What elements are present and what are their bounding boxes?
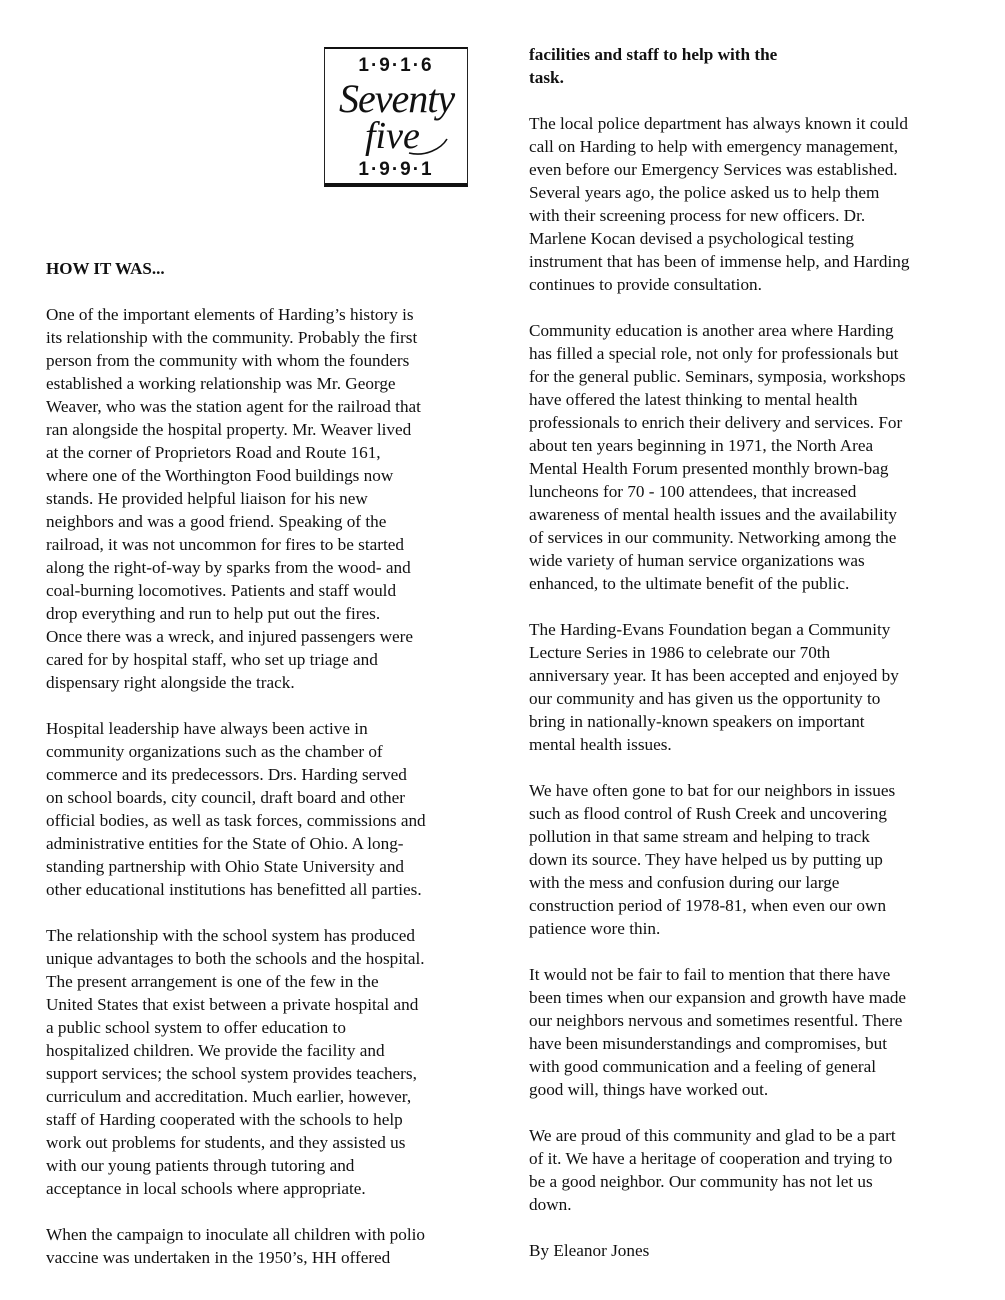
text-line: The local police department has always k… — [529, 112, 989, 135]
text-line: anniversary year. It has been accepted a… — [529, 664, 989, 687]
text-line: along the right-of-way by sparks from th… — [46, 556, 496, 579]
text-line: about ten years beginning in 1971, the N… — [529, 434, 989, 457]
anniversary-logo: 1·9·1·6 Seventy five 1·9·9·1 — [324, 47, 468, 187]
text-line: official bodies, as well as task forces,… — [46, 809, 496, 832]
text-line: have been misunderstandings and compromi… — [529, 1032, 989, 1055]
paragraph-polio-continued: facilities and staff to help with the ta… — [529, 43, 989, 89]
paragraph-community-education: Community education is another area wher… — [529, 319, 989, 595]
text-line: down its source. They have helped us by … — [529, 848, 989, 871]
text-line: curriculum and accreditation. Much earli… — [46, 1085, 496, 1108]
text-line: vaccine was undertaken in the 1950’s, HH… — [46, 1246, 496, 1269]
text-line: It would not be fair to fail to mention … — [529, 963, 989, 986]
text-line: staff of Harding cooperated with the sch… — [46, 1108, 496, 1131]
paragraph-community-history: One of the important elements of Harding… — [46, 303, 496, 694]
text-line: such as flood control of Rush Creek and … — [529, 802, 989, 825]
text-line: The Harding-Evans Foundation began a Com… — [529, 618, 989, 641]
text-line: cared for by hospital staff, who set up … — [46, 648, 496, 671]
text-line: patience wore thin. — [529, 917, 989, 940]
text-line: unique advantages to both the schools an… — [46, 947, 496, 970]
text-line: on school boards, city council, draft bo… — [46, 786, 496, 809]
text-line: We are proud of this community and glad … — [529, 1124, 989, 1147]
text-line: even before our Emergency Services was e… — [529, 158, 989, 181]
text-line: We have often gone to bat for our neighb… — [529, 779, 989, 802]
text-line: with our young patients through tutoring… — [46, 1154, 496, 1177]
text-line: instrument that has been of immense help… — [529, 250, 989, 273]
text-line: call on Harding to help with emergency m… — [529, 135, 989, 158]
text-line: One of the important elements of Harding… — [46, 303, 496, 326]
text-line: railroad, it was not uncommon for fires … — [46, 533, 496, 556]
text-line: facilities and staff to help with the — [529, 43, 989, 66]
paragraph-police-department: The local police department has always k… — [529, 112, 989, 296]
text-line: be a good neighbor. Our community has no… — [529, 1170, 989, 1193]
text-line: down. — [529, 1193, 989, 1216]
left-column: HOW IT WAS... One of the important eleme… — [46, 257, 496, 1292]
text-line: dispensary right alongside the track. — [46, 671, 496, 694]
text-line: The present arrangement is one of the fe… — [46, 970, 496, 993]
right-column: facilities and staff to help with the ta… — [529, 43, 989, 1262]
text-line: coal-burning locomotives. Patients and s… — [46, 579, 496, 602]
text-line: ran alongside the hospital property. Mr.… — [46, 418, 496, 441]
text-line: our community and has given us the oppor… — [529, 687, 989, 710]
text-line: construction period of 1978-81, when eve… — [529, 894, 989, 917]
text-line: at the corner of Proprietors Road and Ro… — [46, 441, 496, 464]
document-page: 1·9·1·6 Seventy five 1·9·9·1 HOW IT WAS.… — [0, 0, 1005, 1300]
text-line: support services; the school system prov… — [46, 1062, 496, 1085]
text-line: continues to provide consultation. — [529, 273, 989, 296]
text-line: acceptance in local schools where approp… — [46, 1177, 496, 1200]
text-line: person from the community with whom the … — [46, 349, 496, 372]
text-line: Several years ago, the police asked us t… — [529, 181, 989, 204]
text-line: has filled a special role, not only for … — [529, 342, 989, 365]
text-line: Weaver, who was the station agent for th… — [46, 395, 496, 418]
paragraph-school-system: The relationship with the school system … — [46, 924, 496, 1200]
text-line: a public school system to offer educatio… — [46, 1016, 496, 1039]
text-line: other educational institutions has benef… — [46, 878, 496, 901]
paragraph-neighbors: We have often gone to bat for our neighb… — [529, 779, 989, 940]
text-line: professionals to enrich their delivery a… — [529, 411, 989, 434]
text-line: stands. He provided helpful liaison for … — [46, 487, 496, 510]
text-line: of services in our community. Networking… — [529, 526, 989, 549]
logo-swash-icon — [337, 75, 457, 165]
text-line: bring in nationally-known speakers on im… — [529, 710, 989, 733]
text-line: luncheons for 70 - 100 attendees, that i… — [529, 480, 989, 503]
text-line: good will, things have worked out. — [529, 1078, 989, 1101]
text-line: Community education is another area wher… — [529, 319, 989, 342]
text-line: standing partnership with Ohio State Uni… — [46, 855, 496, 878]
text-line: for the general public. Seminars, sympos… — [529, 365, 989, 388]
text-line: Marlene Kocan devised a psychological te… — [529, 227, 989, 250]
text-line: mental health issues. — [529, 733, 989, 756]
paragraph-lecture-series: The Harding-Evans Foundation began a Com… — [529, 618, 989, 756]
text-line: neighbors and was a good friend. Speakin… — [46, 510, 496, 533]
text-line: Hospital leadership have always been act… — [46, 717, 496, 740]
paragraph-hospital-leadership: Hospital leadership have always been act… — [46, 717, 496, 901]
section-heading: HOW IT WAS... — [46, 257, 496, 280]
author-byline: By Eleanor Jones — [529, 1239, 989, 1262]
text-line: been times when our expansion and growth… — [529, 986, 989, 1009]
text-line: awareness of mental health issues and th… — [529, 503, 989, 526]
text-line: with their screening process for new off… — [529, 204, 989, 227]
text-line: have offered the latest thinking to ment… — [529, 388, 989, 411]
text-line: with good communication and a feeling of… — [529, 1055, 989, 1078]
text-line: commerce and its predecessors. Drs. Hard… — [46, 763, 496, 786]
text-line: Lecture Series in 1986 to celebrate our … — [529, 641, 989, 664]
text-line: Mental Health Forum presented monthly br… — [529, 457, 989, 480]
text-line: hospitalized children. We provide the fa… — [46, 1039, 496, 1062]
text-line: drop everything and run to help put out … — [46, 602, 496, 625]
text-line: When the campaign to inoculate all child… — [46, 1223, 496, 1246]
text-line: of it. We have a heritage of cooperation… — [529, 1147, 989, 1170]
text-line: our neighbors nervous and sometimes rese… — [529, 1009, 989, 1032]
logo-year-start: 1·9·1·6 — [325, 55, 467, 77]
text-line: community organizations such as the cham… — [46, 740, 496, 763]
text-line: established a working relationship was M… — [46, 372, 496, 395]
paragraph-closing: We are proud of this community and glad … — [529, 1124, 989, 1216]
text-line: its relationship with the community. Pro… — [46, 326, 496, 349]
text-line: The relationship with the school system … — [46, 924, 496, 947]
paragraph-expansion: It would not be fair to fail to mention … — [529, 963, 989, 1101]
text-line: pollution in that same stream and helpin… — [529, 825, 989, 848]
text-line: work out problems for students, and they… — [46, 1131, 496, 1154]
text-line: task. — [529, 66, 989, 89]
logo-year-end: 1·9·9·1 — [325, 159, 467, 181]
text-line: with the mess and confusion during our l… — [529, 871, 989, 894]
text-line: administrative entities for the State of… — [46, 832, 496, 855]
text-line: wide variety of human service organizati… — [529, 549, 989, 572]
text-line: where one of the Worthington Food buildi… — [46, 464, 496, 487]
text-line: United States that exist between a priva… — [46, 993, 496, 1016]
text-line: Once there was a wreck, and injured pass… — [46, 625, 496, 648]
paragraph-polio-campaign: When the campaign to inoculate all child… — [46, 1223, 496, 1269]
text-line: enhanced, to the ultimate benefit of the… — [529, 572, 989, 595]
